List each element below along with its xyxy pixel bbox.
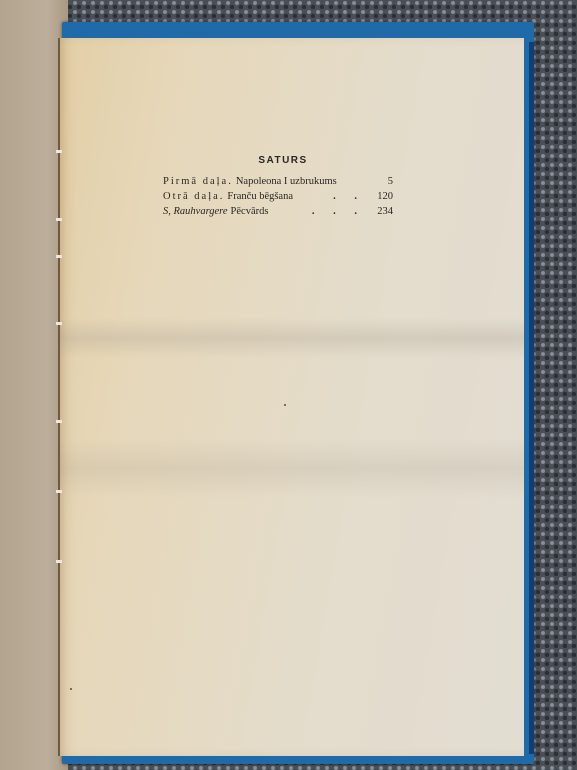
toc-entry-leader: . . . (268, 206, 367, 217)
table-of-contents: SATURS Pirmā daļa. Napoleona I uzbrukums… (163, 155, 393, 221)
toc-entry-name: Napoleona I uzbrukums (236, 176, 337, 187)
toc-entry-name: Franču bēgšana (227, 191, 293, 202)
binding-stitch (56, 322, 62, 325)
toc-entry-author: S, Rauhvargere (163, 206, 228, 217)
binding-stitch (56, 560, 62, 563)
toc-entry-part: Pirmā daļa. (163, 176, 233, 187)
toc-entry: Otrā daļa. Franču bēgšana . . 120 (163, 191, 393, 206)
toc-entry-page: 120 (367, 191, 393, 202)
binding-stitch (56, 490, 62, 493)
toc-entry-leader: . . (293, 191, 367, 202)
binding-gutter (58, 38, 60, 756)
toc-entry-page: 234 (367, 206, 393, 217)
binding-stitch (56, 150, 62, 153)
toc-entry-part: Otrā daļa. (163, 191, 224, 202)
toc-entry: S, Rauhvargere Pēcvārds . . . 234 (163, 206, 393, 221)
paper-speck (70, 688, 72, 690)
binding-stitch (56, 420, 62, 423)
book-page (58, 38, 524, 756)
toc-entry: Pirmā daļa. Napoleona I uzbrukums 5 (163, 176, 393, 191)
paper-speck (284, 404, 286, 406)
binding-stitch (56, 255, 62, 258)
toc-title: SATURS (163, 155, 393, 166)
toc-entry-page: 5 (367, 176, 393, 187)
toc-entry-name: Pēcvārds (231, 206, 269, 217)
binding-stitch (56, 218, 62, 221)
